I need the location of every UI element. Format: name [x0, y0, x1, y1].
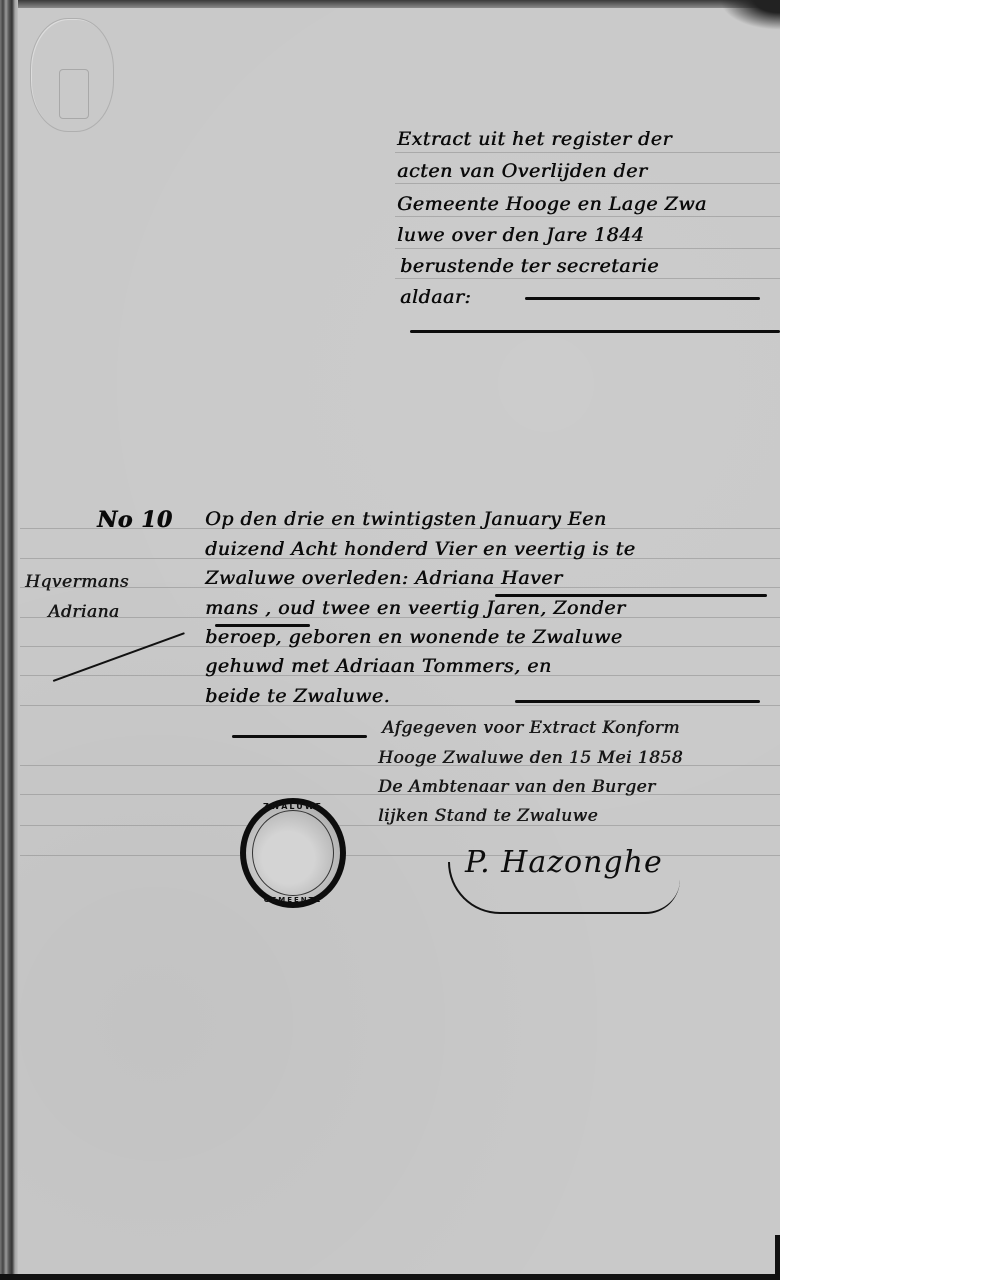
ruled-line	[395, 183, 780, 184]
ruled-line	[20, 705, 780, 706]
certification-line: lijken Stand te Zwaluwe	[378, 806, 598, 826]
margin-surname: Hqvermans	[25, 572, 129, 592]
page-corner-shadow	[720, 0, 780, 30]
signature-flourish	[448, 862, 680, 914]
header-line: aldaar:	[400, 286, 471, 308]
header-line: Gemeente Hooge en Lage Zwa	[397, 193, 707, 215]
record-line: duizend Acht honderd Vier en veertig is …	[205, 538, 635, 560]
seal-inner-ring	[252, 810, 334, 896]
ruled-line	[395, 278, 780, 279]
page-right-edge	[775, 1235, 780, 1280]
ruled-line	[395, 216, 780, 217]
record-end-rule	[515, 700, 760, 703]
certification-line: Hooge Zwaluwe den 15 Mei 1858	[378, 748, 683, 768]
record-line: beroep, geboren en wonende te Zwaluwe	[205, 626, 622, 648]
seal-text-top: ZWALUWE	[246, 802, 340, 811]
header-line: luwe over den Jare 1844	[397, 224, 644, 246]
certification-line: Afgegeven voor Extract Konform	[382, 718, 680, 738]
header-line: berustende ter secretarie	[400, 255, 659, 277]
record-line: beide te Zwaluwe.	[205, 685, 390, 707]
page-top-edge	[0, 0, 780, 8]
page-bottom-edge	[0, 1274, 780, 1280]
record-number: No 10	[97, 507, 173, 533]
book-binding-edge	[0, 0, 18, 1280]
record-line: Zwaluwe overleden: Adriana Haver	[205, 567, 563, 589]
municipal-seal-icon: ZWALUWE GEMEENTE	[240, 798, 346, 908]
seal-text-bottom: GEMEENTE	[246, 896, 340, 904]
section-divider-rule	[410, 330, 780, 333]
embossed-stamp-icon	[30, 18, 114, 132]
ruled-line	[395, 152, 780, 153]
header-line: Extract uit het register der	[397, 128, 672, 150]
header-line: acten van Overlijden der	[397, 160, 647, 182]
certification-line: De Ambtenaar van den Burger	[378, 777, 656, 797]
certification-rule	[232, 735, 367, 738]
ruled-line	[20, 855, 780, 856]
record-line: gehuwd met Adriaan Tommers, en	[205, 655, 552, 677]
ruled-line	[395, 248, 780, 249]
record-line: Op den drie en twintigsten January Een	[205, 508, 607, 530]
header-end-rule	[525, 297, 760, 300]
scanned-document-page: Extract uit het register der acten van O…	[0, 0, 780, 1280]
coat-of-arms-shield-icon	[59, 69, 89, 119]
record-line: mans , oud twee en veertig Jaren, Zonder	[205, 597, 625, 619]
margin-given-name: Adriana	[48, 602, 119, 622]
